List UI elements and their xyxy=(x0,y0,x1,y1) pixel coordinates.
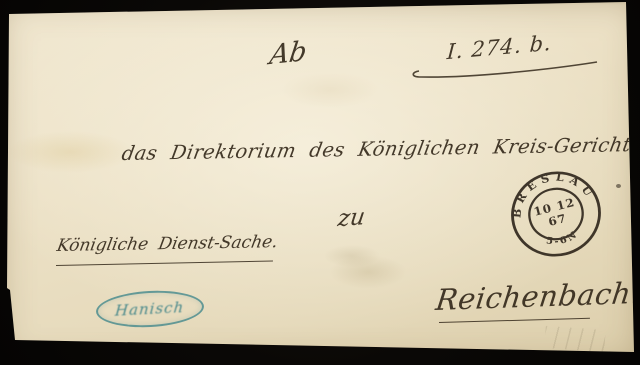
stray-ink-dot xyxy=(616,184,621,188)
address-zu: zu xyxy=(336,204,367,232)
oval-name-handstamp: Hanisch xyxy=(95,288,205,330)
destination-city: Reichenbach. xyxy=(434,276,640,317)
address-recipient-line: das Direktorium des Königlichen Kreis-Ge… xyxy=(120,133,640,165)
docket-underline-flourish xyxy=(403,58,603,80)
breslau-postmark-icon: BRESLAU 10 12 67 5-6N xyxy=(493,156,618,271)
photo-background: Ab I. 274. b. das Direktorium des Königl… xyxy=(0,0,640,365)
service-note-underline xyxy=(56,260,273,266)
postmark-time: 5-6N xyxy=(543,228,582,251)
faint-pencil-smudge xyxy=(544,326,605,352)
svg-text:5-6N: 5-6N xyxy=(543,228,582,251)
handwritten-paraph: Ab xyxy=(268,36,309,71)
letter-cover: Ab I. 274. b. das Direktorium des Königl… xyxy=(0,0,640,365)
oval-stamp-text: Hanisch xyxy=(115,298,186,320)
service-note: Königliche Dienst-Sache. xyxy=(55,232,279,256)
destination-underline xyxy=(439,318,590,323)
